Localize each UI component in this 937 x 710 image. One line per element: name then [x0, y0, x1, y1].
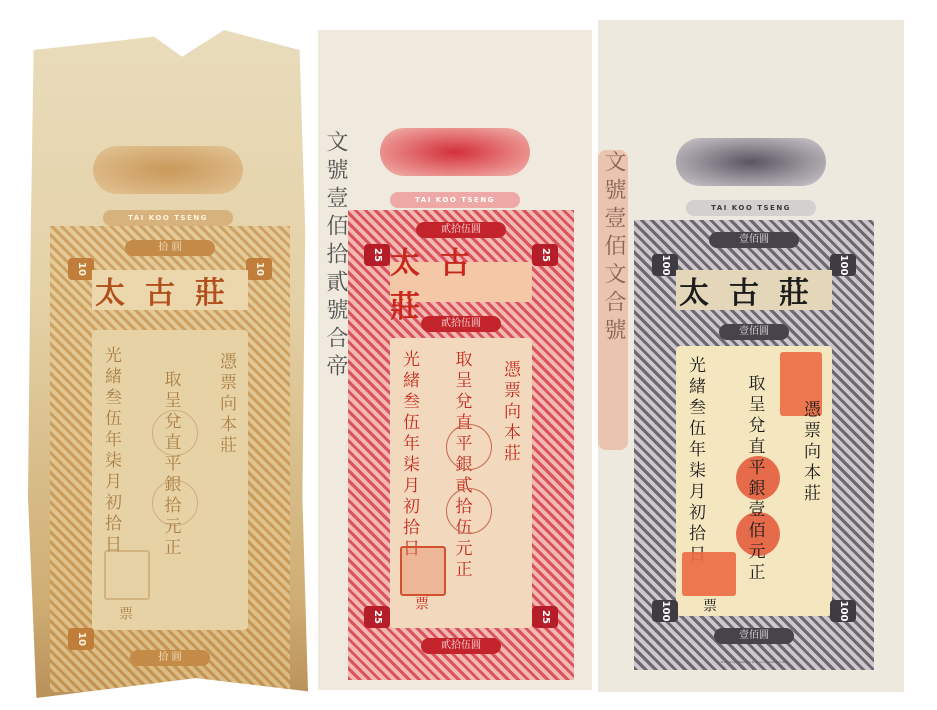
- handwritten-margin-script: 文號壹佰拾貳號合帝: [320, 130, 351, 382]
- denomination-numeral: 100: [652, 600, 678, 622]
- text-column-center: 取呈兌直平銀壹佰元正: [746, 374, 763, 584]
- denomination-numeral: 10: [68, 258, 94, 280]
- text-column-bottom: 票: [414, 596, 428, 614]
- red-margin-seal: [598, 150, 628, 450]
- text-column-left: 光緒叁伍年柒月初拾日: [102, 346, 119, 556]
- square-seal: [104, 550, 150, 600]
- text-column-left: 光緒叁伍年柒月初拾日: [400, 350, 417, 560]
- denomination-numeral: 10: [68, 628, 94, 650]
- square-seal: [682, 552, 736, 596]
- round-seal: [152, 410, 198, 456]
- text-column-left: 光緒叁伍年柒月初拾日: [686, 356, 703, 566]
- text-column-right: 憑票向本莊: [501, 360, 518, 465]
- round-seal: [446, 424, 492, 470]
- round-seal: [152, 480, 198, 526]
- english-name-tag: TAI KOO TSENG: [103, 210, 233, 226]
- banknote-25: TAI KOO TSENG 文號壹佰拾貳號合帝 貳拾伍圓 25 25 太古莊 貳…: [318, 30, 592, 690]
- denomination-numeral: 25: [364, 606, 390, 628]
- banknote-10: TAI KOO TSENG 拾 圓 10 10 太古莊 憑票向本莊 取呈兌直平銀…: [28, 30, 308, 698]
- bottom-cartouche: 貳拾伍圓: [421, 638, 501, 654]
- center-panel: 憑票向本莊 取呈兌直平銀壹佰元正 光緒叁伍年柒月初拾日 票: [676, 346, 832, 616]
- title-band: 太古莊: [92, 270, 248, 310]
- title-band: 太古莊: [676, 270, 832, 310]
- top-ornament: [380, 128, 530, 176]
- upper-cartouche: 壹佰圓: [709, 232, 799, 248]
- ornate-frame: 貳拾伍圓 25 25 太古莊 貳拾伍圓 憑票向本莊 取呈兌直平銀貳拾伍元正 光緒…: [348, 210, 574, 680]
- denomination-numeral: 25: [532, 244, 558, 266]
- upper-cartouche: 貳拾伍圓: [421, 316, 501, 332]
- round-seal: [446, 488, 492, 534]
- english-name-tag: TAI KOO TSENG: [390, 192, 520, 208]
- upper-cartouche: 貳拾伍圓: [416, 222, 506, 238]
- denomination-numeral: 10: [246, 258, 272, 280]
- ornate-frame: 壹佰圓 100 100 太古莊 壹佰圓 憑票向本莊 取呈兌直平銀壹佰元正 光緒叁…: [634, 220, 874, 670]
- denomination-numeral: 100: [652, 254, 678, 276]
- bottom-cartouche: 壹佰圓: [714, 628, 794, 644]
- english-name-tag: TAI KOO TSENG: [686, 200, 816, 216]
- text-column-right: 憑票向本莊: [801, 400, 818, 505]
- denomination-numeral: 25: [532, 606, 558, 628]
- top-ornament: [676, 138, 826, 186]
- text-column-right: 憑票向本莊: [217, 352, 234, 457]
- printer-imprint: Printed by Waterlow & Sons Limited, Lond…: [721, 660, 788, 664]
- denomination-numeral: 100: [830, 254, 856, 276]
- square-seal: [400, 546, 446, 596]
- denomination-numeral: 100: [830, 600, 856, 622]
- denomination-numeral: 25: [364, 244, 390, 266]
- upper-cartouche: 拾 圓: [125, 240, 215, 256]
- text-column-bottom: 票: [702, 598, 716, 616]
- text-column-center: 取呈兌直平銀拾元正: [162, 370, 179, 559]
- center-panel: 憑票向本莊 取呈兌直平銀貳拾伍元正 光緒叁伍年柒月初拾日 票: [390, 338, 532, 628]
- upper-cartouche: 壹佰圓: [719, 324, 789, 340]
- center-panel: 憑票向本莊 取呈兌直平銀拾元正 光緒叁伍年柒月初拾日 票: [92, 330, 248, 630]
- ornate-frame: 拾 圓 10 10 太古莊 憑票向本莊 取呈兌直平銀拾元正 光緒叁伍年柒月初拾日…: [50, 226, 290, 692]
- top-ornament: [93, 146, 243, 194]
- banknote-100: TAI KOO TSENG 文號壹佰文合號 壹佰圓 100 100 太古莊 壹佰…: [598, 20, 904, 692]
- text-column-bottom: 票: [118, 606, 132, 624]
- title-band: 太古莊: [390, 262, 532, 302]
- bottom-cartouche: 拾 圓: [130, 650, 210, 666]
